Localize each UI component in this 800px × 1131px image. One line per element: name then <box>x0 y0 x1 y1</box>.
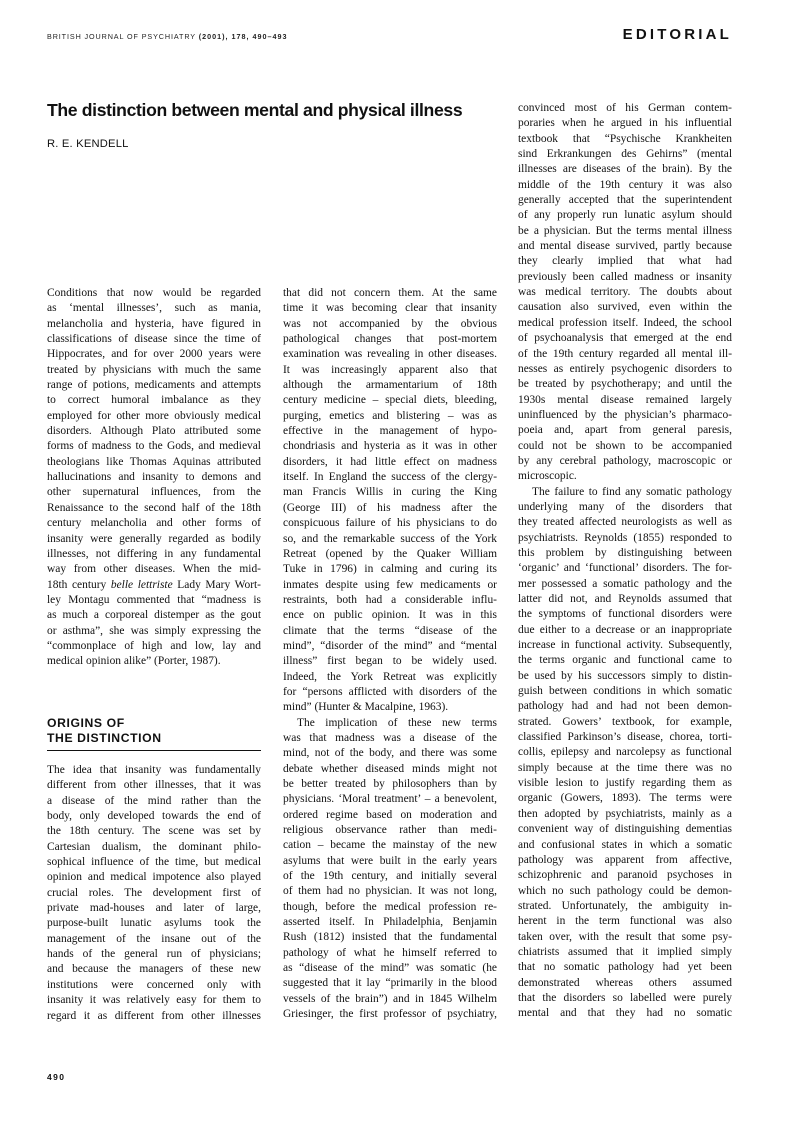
text-line: and confusional states in which a somati… <box>518 838 732 853</box>
text-line: classifications of disease since the tim… <box>47 332 261 347</box>
text-line: chondriasis and hysteria as it was in ot… <box>283 439 497 454</box>
text-line: visible lesion to justify regarding them… <box>518 776 732 791</box>
text-line: asylums that were built in the early yea… <box>283 854 497 869</box>
text-line: they clearly implied that what had <box>518 254 732 269</box>
text-line: sind Erkrankungen des Gehirns” (mental <box>518 147 732 162</box>
text-line: taken over, with the result that some ps… <box>518 930 732 945</box>
text-line: management of the insane out of the <box>47 932 261 947</box>
text-line: private mad-houses and later of large, <box>47 901 261 916</box>
text-line: insanity it was relatively easy for them… <box>47 993 261 1008</box>
text-line: Retreat (opened by the Quaker William <box>283 547 497 562</box>
text-line: then adopted by psychiatrists, mainly as… <box>518 807 732 822</box>
text-line: way from other diseases. When the mid- <box>47 562 261 577</box>
text-line: Indeed, the York Retreat was explicitly <box>283 670 497 685</box>
text-line: examination was revealing in other disea… <box>283 347 497 362</box>
text-line: illnesses are diseases of the brain). By… <box>518 162 732 177</box>
text-line: theologians like Thomas Aquinas attribut… <box>47 455 261 470</box>
text-line: demonstrated whereas others assumed <box>518 976 732 991</box>
text-line: ley Montagu commented that “madness is <box>47 593 261 608</box>
text-line: poraries when he argued in his influenti… <box>518 116 732 131</box>
text-line: illnesses, not differing in any fundamen… <box>47 547 261 562</box>
text-line: different from other illnesses, that it … <box>47 778 261 793</box>
text-line: itself. In England the success of the cl… <box>283 470 497 485</box>
text-line: middle of the 19th century it was also <box>518 178 732 193</box>
text-line: schizophrenic and paranoid psychoses in <box>518 868 732 883</box>
text-line: suggested that it lay “primarily in the … <box>283 976 497 991</box>
text-line: although the armamentarium of 18th <box>283 378 497 393</box>
text-line: be a physician. But the terms mental ill… <box>518 224 732 239</box>
text-line: The idea that insanity was fundamentally <box>47 763 261 778</box>
text-line: guish between conditions in which somati… <box>518 684 732 699</box>
text-line: “commonplace of high and low, lay and <box>47 639 261 654</box>
text-line: inmates despite using few medicaments or <box>283 578 497 593</box>
column-1-intro: Conditions that now would be regarded as… <box>47 286 261 670</box>
text-line: generally accepted that the superintende… <box>518 193 732 208</box>
text-line: uninfluenced by the physician’s pharmaco… <box>518 408 732 423</box>
text-line: medical profession itself. Indeed, the s… <box>518 316 732 331</box>
text-line: mind, not of the body, and there was som… <box>283 746 497 761</box>
text-line: mental and that they had no somatic <box>518 1006 732 1021</box>
text-line: convenient way of distinguishing dementi… <box>518 822 732 837</box>
text-line: be better treated by philosophers than b… <box>283 777 497 792</box>
text-line: increase in functional activity. Subsequ… <box>518 638 732 653</box>
text-line: institutions were concerned only with <box>47 978 261 993</box>
text-line: mind” (Hunter & Macalpine, 1963). <box>283 700 497 715</box>
text-line: the 18th century. The scene was set by <box>47 824 261 839</box>
text-line: for “persons afflicted with disorders of… <box>283 685 497 700</box>
text-line: mind”, “disorder of the mind” and “menta… <box>283 639 497 654</box>
text-line: could not be shown to be accompanied <box>518 439 732 454</box>
text-line: crucial roles. The development first of <box>47 886 261 901</box>
text-line: century medicine – special diets, bleedi… <box>283 393 497 408</box>
text-line: convinced most of his German contem- <box>518 101 732 116</box>
section-heading-origins: ORIGINS OF THE DISTINCTION <box>47 716 261 751</box>
text-line: opinion and medical impotence also playe… <box>47 870 261 885</box>
text-line: climate that the terms “disease of the <box>283 624 497 639</box>
text-line: medical opinion alike” (Porter, 1987). <box>47 654 261 669</box>
article-author: R. E. KENDELL <box>47 138 129 150</box>
text-line: or asthma”, she was simply expressing th… <box>47 624 261 639</box>
text-line: Conditions that now would be regarded <box>47 286 261 301</box>
journal-citation: (2001), 178, 490–493 <box>199 32 288 41</box>
text-line: that did not concern them. At the same <box>283 286 497 301</box>
text-line: ordered regime based on moderation and <box>283 808 497 823</box>
text-line: Tuke in 1796) in calming and curing its <box>283 562 497 577</box>
text-line: classified Parkinson’s disease, chorea, … <box>518 730 732 745</box>
text-line: as much a corporeal distemper as the gou… <box>47 608 261 623</box>
text-line: pathology had and had not been demon- <box>518 699 732 714</box>
text-line: vessels of the brain”) and in 1845 Wilhe… <box>283 992 497 1007</box>
text-line: sophical influence of the time, but medi… <box>47 855 261 870</box>
text-line: was medical territory. The doubts about <box>518 285 732 300</box>
column-1-origins: The idea that insanity was fundamentally… <box>47 763 261 1024</box>
text-line: asserted itself. In Philadelphia, Benjam… <box>283 915 497 930</box>
text-line: employed for other more obviously medica… <box>47 409 261 424</box>
text-line: Renaissance to the second half of the 18… <box>47 501 261 516</box>
text-line: of the 19th century regarded all mental … <box>518 347 732 362</box>
text-line: forms of madness to the Gods, and mediev… <box>47 439 261 454</box>
text-line: Hippocrates, and for over 2000 years wer… <box>47 347 261 362</box>
running-head: BRITISH JOURNAL OF PSYCHIATRY (2001), 17… <box>47 32 288 41</box>
text-line: range of potions, medicaments and attemp… <box>47 378 261 393</box>
text-line: purpose-built lunatic asylums took the <box>47 916 261 931</box>
text-line: underlying many of the disorders that <box>518 500 732 515</box>
text-line: insanity were generally regarded as bodi… <box>47 532 261 547</box>
text-line: of the 19th century, and initially sever… <box>283 869 497 884</box>
text-line: poeia and, apart from general paresis, <box>518 423 732 438</box>
text-line: of them had no physician. It was not lon… <box>283 884 497 899</box>
text-line: was not accompanied by the obvious <box>283 317 497 332</box>
page-number: 490 <box>47 1072 65 1082</box>
text-line: as ‘mental illnesses’, such as mania, <box>47 301 261 316</box>
text-line: latter did not, and Reynolds assumed tha… <box>518 592 732 607</box>
text-line-paragraph-start: The failure to find any somatic patholog… <box>518 485 732 500</box>
text-line: and mental disease survived, partly beca… <box>518 239 732 254</box>
text-line: strated. Unfortunately, the ambiguity in… <box>518 899 732 914</box>
text-line-paragraph-start: The implication of these new terms <box>283 716 497 731</box>
text-line: disorders. Although Plato attributed som… <box>47 424 261 439</box>
text-line: to correct humoral imbalance as they <box>47 393 261 408</box>
text-line: treated by physicians with much the same <box>47 363 261 378</box>
text-line: ence on public opinion. It was in this <box>283 608 497 623</box>
text-line: Griesinger, the first professor of psych… <box>283 1007 497 1022</box>
text-line: strated. Gowers’ textbook, for example, <box>518 715 732 730</box>
text-line: so, and the remarkable success of the Yo… <box>283 532 497 547</box>
text-line: and because the managers of these new <box>47 962 261 977</box>
text-line: was that madness was a disease of the <box>283 731 497 746</box>
text-line: be used by his successors simply to dist… <box>518 669 732 684</box>
text-line: hands of the general run of physicians; <box>47 947 261 962</box>
text-line: causation also survived, even within the <box>518 300 732 315</box>
text-line: microscopic. <box>518 469 732 484</box>
text-line: purging, emetics and blistering – was as <box>283 409 497 424</box>
text-line: though, before the medical profession re… <box>283 900 497 915</box>
journal-name: BRITISH JOURNAL OF PSYCHIATRY <box>47 32 196 41</box>
text-line: body, only developed towards the end of <box>47 809 261 824</box>
text-line: be treated by psychotherapy; and until t… <box>518 377 732 392</box>
text-line: the symptoms of functional disorders wer… <box>518 607 732 622</box>
text-line: psychiatrists. Reynolds (1855) responded… <box>518 531 732 546</box>
text-line: that no somatic pathology had yet been <box>518 960 732 975</box>
text-line: by any cerebral pathology, macroscopic o… <box>518 454 732 469</box>
column-3: convinced most of his German contem- por… <box>518 101 732 1022</box>
text-line: It was increasingly apparent also that <box>283 363 497 378</box>
text-line: organic (Gowers, 1893). The terms were <box>518 791 732 806</box>
text-line: Cartesian dualism, the dominant philo- <box>47 840 261 855</box>
text-line: nesses as entirely psychogenic disorders… <box>518 362 732 377</box>
section-label: EDITORIAL <box>623 26 732 43</box>
italic-phrase: belle lettriste <box>111 579 173 591</box>
text-line: regard it as different from other illnes… <box>47 1009 261 1024</box>
text-line: due either to a decrease or an inappropr… <box>518 623 732 638</box>
text-line: debate whether diseased minds might not <box>283 762 497 777</box>
text-line: pathology was apparent from affective, <box>518 853 732 868</box>
text-line: textbook that “Psychische Krankheiten <box>518 132 732 147</box>
text-line: conspicuous failure of his physicians to… <box>283 516 497 531</box>
text-line-with-italic: 18th century belle lettriste Lady Mary W… <box>47 578 261 593</box>
text-line: ‘organic’ and ‘functional’ disorders. Th… <box>518 561 732 576</box>
text-line: the terms organic and functional came to <box>518 653 732 668</box>
text-line: cation – became the mainstay of the new <box>283 838 497 853</box>
text-line: melancholia and hysteria, have figured i… <box>47 317 261 332</box>
text-line: of psychoanalysis that emerged at the en… <box>518 331 732 346</box>
text-line: Rush (1812) insisted that the fundamenta… <box>283 930 497 945</box>
text-line: time it was becoming clear that insanity <box>283 301 497 316</box>
text-line: hallucinations and insanity to demons an… <box>47 470 261 485</box>
text-line: simply because at the time there was no <box>518 761 732 776</box>
text-line: man Francis Willis in curing the King <box>283 485 497 500</box>
text-line: a disease of the mind rather than the <box>47 794 261 809</box>
text-line: which no such pathology could be demon- <box>518 884 732 899</box>
text-line: (George III) of his madness after the <box>283 501 497 516</box>
text-line: 1930s mental disease remained largely <box>518 393 732 408</box>
text-line: pathological changes that post-mortem <box>283 332 497 347</box>
text-line: that the disorders so labelled were pure… <box>518 991 732 1006</box>
text-line: previously been called madness or insani… <box>518 270 732 285</box>
text-line: this problem by distinguishing between <box>518 546 732 561</box>
text-line: illness” first began to be widely used. <box>283 654 497 669</box>
text-line: restraints, both had a considerable infl… <box>283 593 497 608</box>
text-line: as “disease of the mind” was somatic (he <box>283 961 497 976</box>
text-line: disorders, it had little effect on madne… <box>283 455 497 470</box>
text-line: they treated affected neurologists as we… <box>518 515 732 530</box>
column-2: that did not concern them. At the same t… <box>283 286 497 1023</box>
text-line: effective in the management of hypo- <box>283 424 497 439</box>
text-line: mer possessed a somatic pathology and th… <box>518 577 732 592</box>
text-line: herent in the term functional was also <box>518 914 732 929</box>
text-line: physicians. ‘Moral treatment’ – a benevo… <box>283 792 497 807</box>
article-title: The distinction between mental and physi… <box>47 100 462 121</box>
text-line: other supernatural influences, from the <box>47 485 261 500</box>
text-line: pathology of what he himself referred to <box>283 946 497 961</box>
text-line: century melancholia and other forms of <box>47 516 261 531</box>
text-line: of any properly run lunatic asylum shoul… <box>518 208 732 223</box>
text-line: collis, epilepsy and narcolepsy as funct… <box>518 745 732 760</box>
text-line: religious observance rather than medi- <box>283 823 497 838</box>
text-line: chiatrists assumed that it implied simpl… <box>518 945 732 960</box>
